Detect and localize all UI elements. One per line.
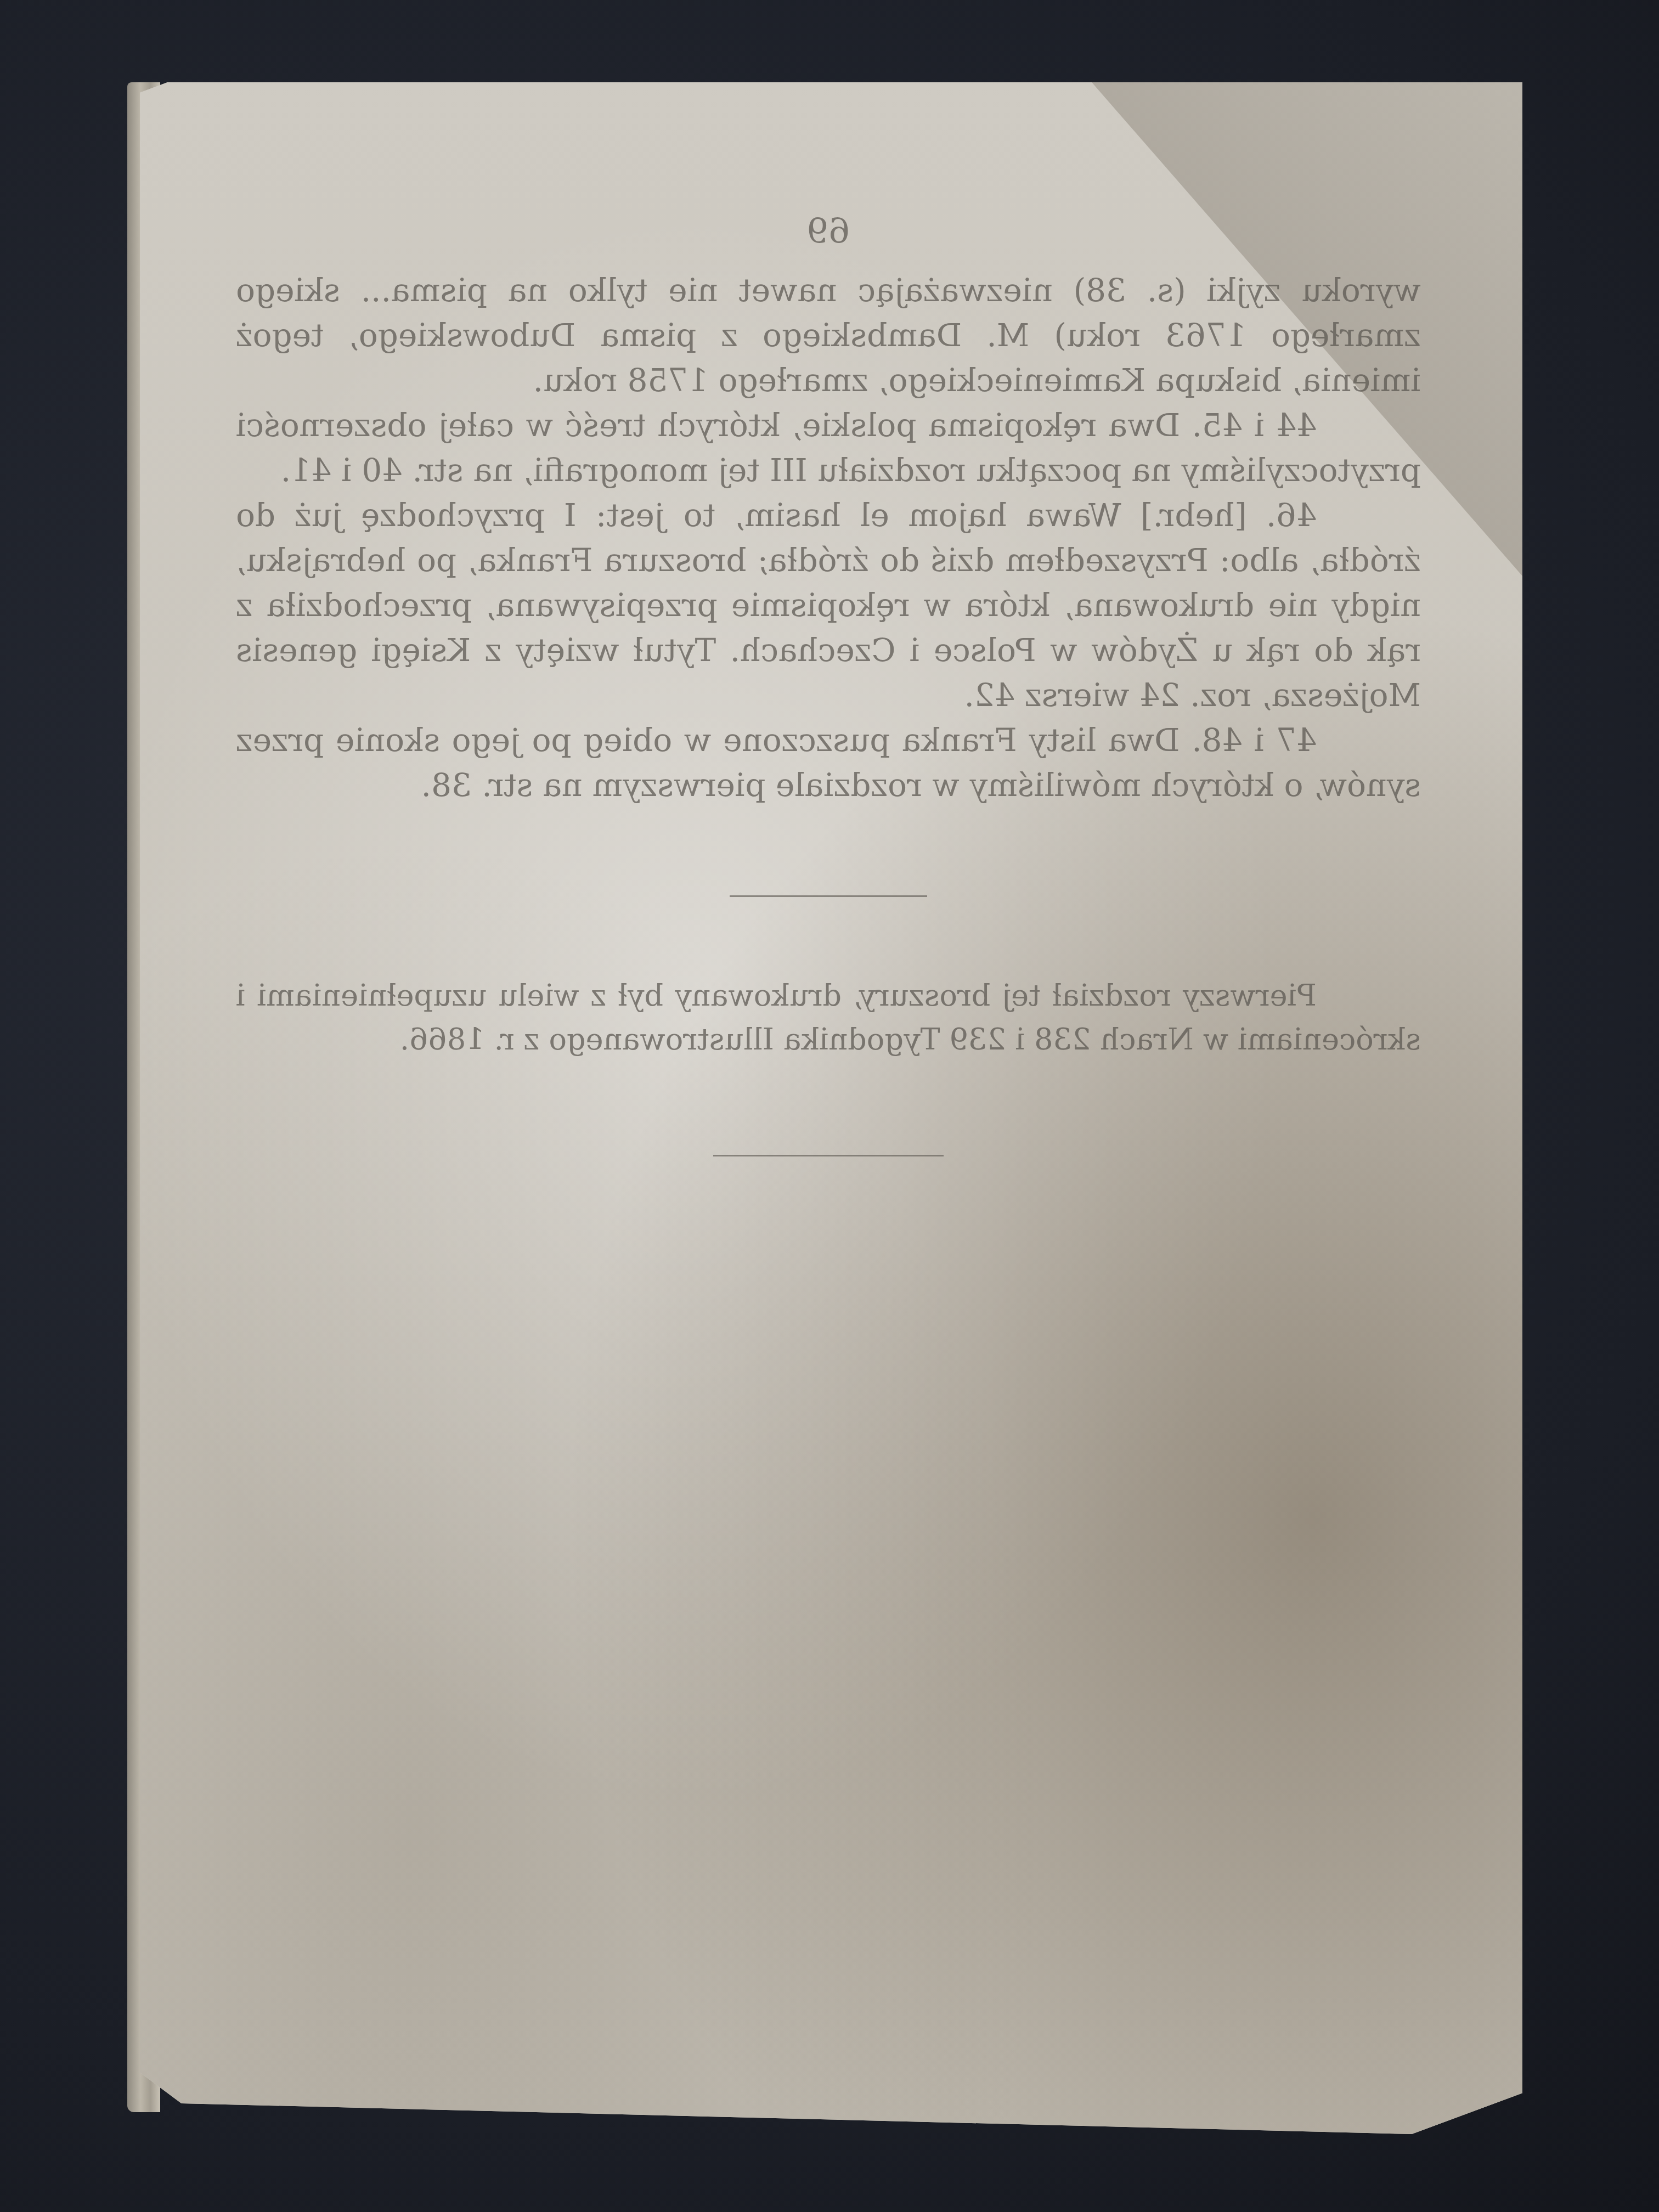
paragraph: 47 i 48. Dwa listy Franka puszczone w ob… [236,718,1421,808]
footnote: Pierwszy rozdział tej broszury, drukowan… [236,974,1421,1062]
end-rule [713,1155,944,1156]
paragraph: 44 i 45. Dwa rękopisma polskie, których … [236,403,1421,493]
paragraph: 46. [hebr.] Wawa hajom el hasim, to jest… [236,493,1421,718]
bleed-through-text: 69 wyroku zyjki (s. 38) niezważając nawe… [236,208,1421,1156]
separator-rule [730,895,927,897]
paragraph: wyroku zyjki (s. 38) niezważając nawet n… [236,268,1421,403]
page-number: 69 [236,208,1421,253]
